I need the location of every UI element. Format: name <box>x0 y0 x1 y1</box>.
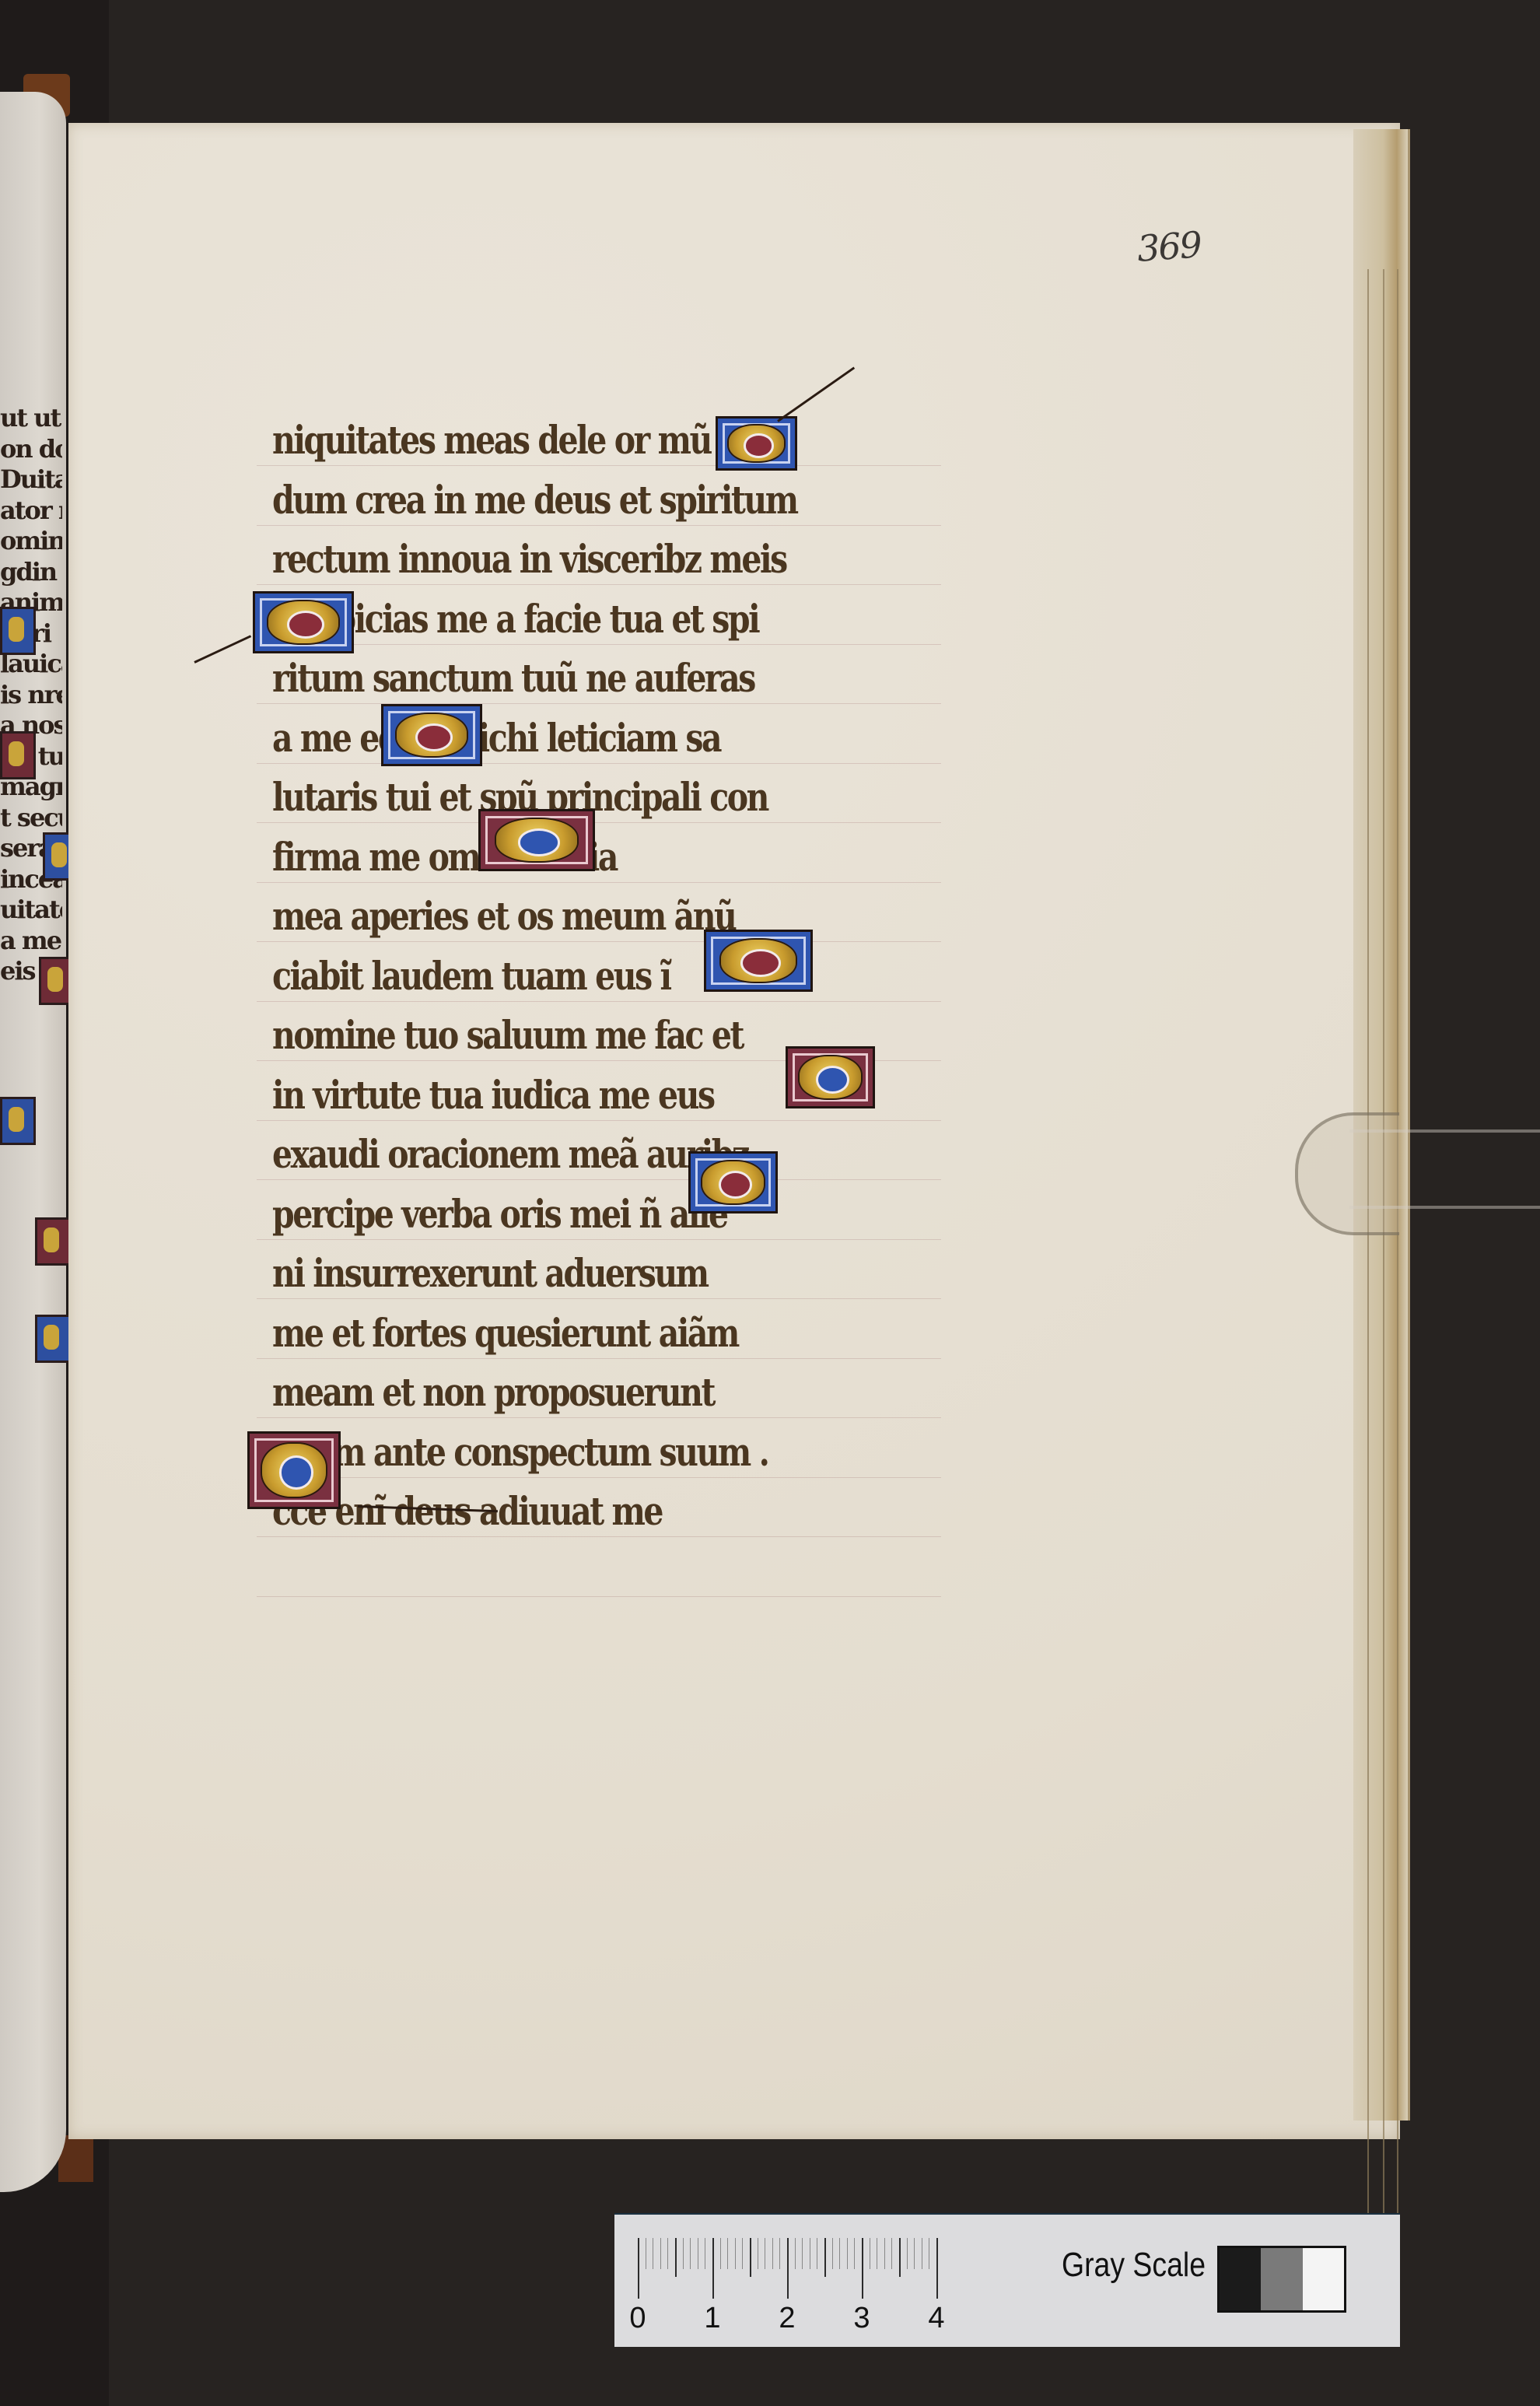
ruler-tick <box>727 2238 728 2269</box>
verso-initial <box>0 607 36 655</box>
illuminated-initial: D <box>478 809 595 871</box>
ruler-label: 2 <box>779 2302 795 2335</box>
verso-text-fragment: ut ut ultio <box>0 403 62 433</box>
text-line: ciabit laudem tuam eus ĩ <box>272 948 670 1004</box>
illuminated-initial: C <box>716 416 797 471</box>
folio-number: 369 <box>1136 223 1202 270</box>
ruler-label: 0 <box>629 2302 646 2335</box>
ruler-tick <box>899 2238 901 2277</box>
ruler-tick <box>854 2238 855 2269</box>
text-line: ni insurrexerunt aduersum <box>272 1245 708 1301</box>
ruler-tick <box>862 2238 863 2299</box>
illuminated-initial: E <box>247 1431 341 1509</box>
text-line: mea aperies et os meum ãnũ <box>272 888 735 944</box>
text-line: niquitates meas dele or mũ <box>272 412 711 468</box>
text-line: rectum innoua in visceribz meis <box>272 531 786 587</box>
ruler-tick <box>690 2238 691 2269</box>
edge-line <box>1367 269 1369 2229</box>
verso-text-fragment: omine deus <box>0 526 62 555</box>
ruler-tick <box>891 2238 892 2269</box>
illuminated-initial: D <box>786 1046 875 1108</box>
ruler-label: 4 <box>928 2302 944 2335</box>
gray-swatches <box>1217 2246 1346 2313</box>
text-line: percipe verba oris mei ñ alie <box>272 1186 727 1242</box>
ruler-tick <box>638 2238 639 2299</box>
ruler-tick <box>929 2238 929 2269</box>
text-line: deum ante conspectum suum . <box>272 1424 768 1480</box>
ruler-tick <box>758 2238 758 2269</box>
edge-line <box>1383 269 1384 2229</box>
ruler-tick <box>922 2238 922 2269</box>
text-line: a me edde michi leticiam sa <box>272 710 720 766</box>
ruler-tick <box>907 2238 908 2269</box>
gray-scale-title: Gray Scale <box>1062 2246 1206 2285</box>
ruler-tick <box>705 2238 705 2269</box>
ruler-tick <box>936 2238 938 2299</box>
edge-line <box>1397 269 1398 2229</box>
ruler-tick <box>698 2238 698 2269</box>
ruler-tick <box>795 2238 796 2269</box>
gray-scale-card: 01234 Gray Scale <box>614 2213 1400 2347</box>
illuminated-initial: D <box>704 930 813 992</box>
ruler-tick <box>683 2238 684 2269</box>
initial-letter: E <box>250 1434 338 1507</box>
initial-letter: R <box>383 706 480 764</box>
ruler-tick <box>839 2238 840 2269</box>
text-line: meam et non proposuerunt <box>272 1364 714 1420</box>
ruler-tick <box>646 2238 646 2269</box>
verso-initial <box>0 731 36 779</box>
gray-swatch <box>1261 2248 1302 2310</box>
ruler-tick <box>914 2238 915 2269</box>
initial-letter: D <box>481 811 593 869</box>
illuminated-initial: R <box>381 704 482 766</box>
text-line: exaudi oracionem meã auribz <box>272 1126 748 1182</box>
verso-text-fragment: Duitandi <box>0 464 62 494</box>
initial-letter: Q <box>691 1154 775 1211</box>
ruler-label: 3 <box>853 2302 870 2335</box>
ruler-tick <box>675 2238 677 2277</box>
ruler-tick <box>742 2238 743 2269</box>
verso-text-fragment: ator meis <box>0 496 62 525</box>
initial-letter: N <box>255 594 352 651</box>
verso-text-fragment: on domini <box>0 434 62 464</box>
ruling-line <box>257 1596 941 1597</box>
ruler: 01234 <box>638 2238 1027 2324</box>
verso-text-fragment: a me <box>0 926 62 955</box>
ruler-tick <box>810 2238 810 2269</box>
ruler-tick <box>772 2238 773 2269</box>
illuminated-initial: N <box>253 591 354 653</box>
verso-text-fragment: t secundu <box>0 803 62 832</box>
illuminated-initial: Q <box>688 1151 778 1214</box>
ruler-tick <box>832 2238 833 2269</box>
ruler-tick <box>802 2238 803 2269</box>
verso-text-fragment: is nre <box>0 680 62 709</box>
ruler-tick <box>870 2238 870 2269</box>
book-clip <box>1295 1112 1540 1229</box>
ruler-tick <box>667 2238 668 2269</box>
ruler-tick <box>787 2238 789 2299</box>
initial-letter: D <box>706 932 810 989</box>
ruler-tick <box>720 2238 721 2269</box>
ruler-tick <box>824 2238 826 2277</box>
ruler-tick <box>817 2238 817 2269</box>
verso-initial <box>35 1315 71 1363</box>
ruler-tick <box>653 2238 653 2269</box>
verso-initial <box>0 1097 36 1145</box>
ruler-tick <box>847 2238 848 2269</box>
ruler-tick <box>735 2238 736 2269</box>
initial-letter: D <box>788 1049 873 1106</box>
ruler-tick <box>877 2238 877 2269</box>
gray-swatch <box>1220 2248 1261 2310</box>
ruler-tick <box>750 2238 751 2277</box>
verso-initial <box>35 1217 71 1266</box>
verso-text-fragment: uitate m <box>0 895 62 924</box>
ruler-tick <box>765 2238 765 2269</box>
text-line: dum crea in me deus et spiritum <box>272 472 797 528</box>
gray-swatch <box>1303 2248 1344 2310</box>
clip-band <box>1349 1129 1540 1133</box>
text-line: in virtute tua iudica me eus <box>272 1067 714 1123</box>
verso-text-fragment: gdin <box>0 557 62 587</box>
text-line: me et fortes quesierunt aiãm <box>272 1305 738 1361</box>
ruler-tick <box>660 2238 661 2269</box>
ruler-tick <box>884 2238 885 2269</box>
verso-page: ut ut ultioon dominiDuitandiator meisomi… <box>0 92 66 2192</box>
clip-band <box>1349 1206 1540 1209</box>
text-line: nomine tuo saluum me fac et <box>272 1007 743 1063</box>
text-line: ritum sanctum tuũ ne auferas <box>272 650 754 706</box>
initial-letter: C <box>718 419 795 468</box>
ruler-tick <box>779 2238 780 2269</box>
ruler-tick <box>712 2238 714 2299</box>
ruler-label: 1 <box>704 2302 720 2335</box>
